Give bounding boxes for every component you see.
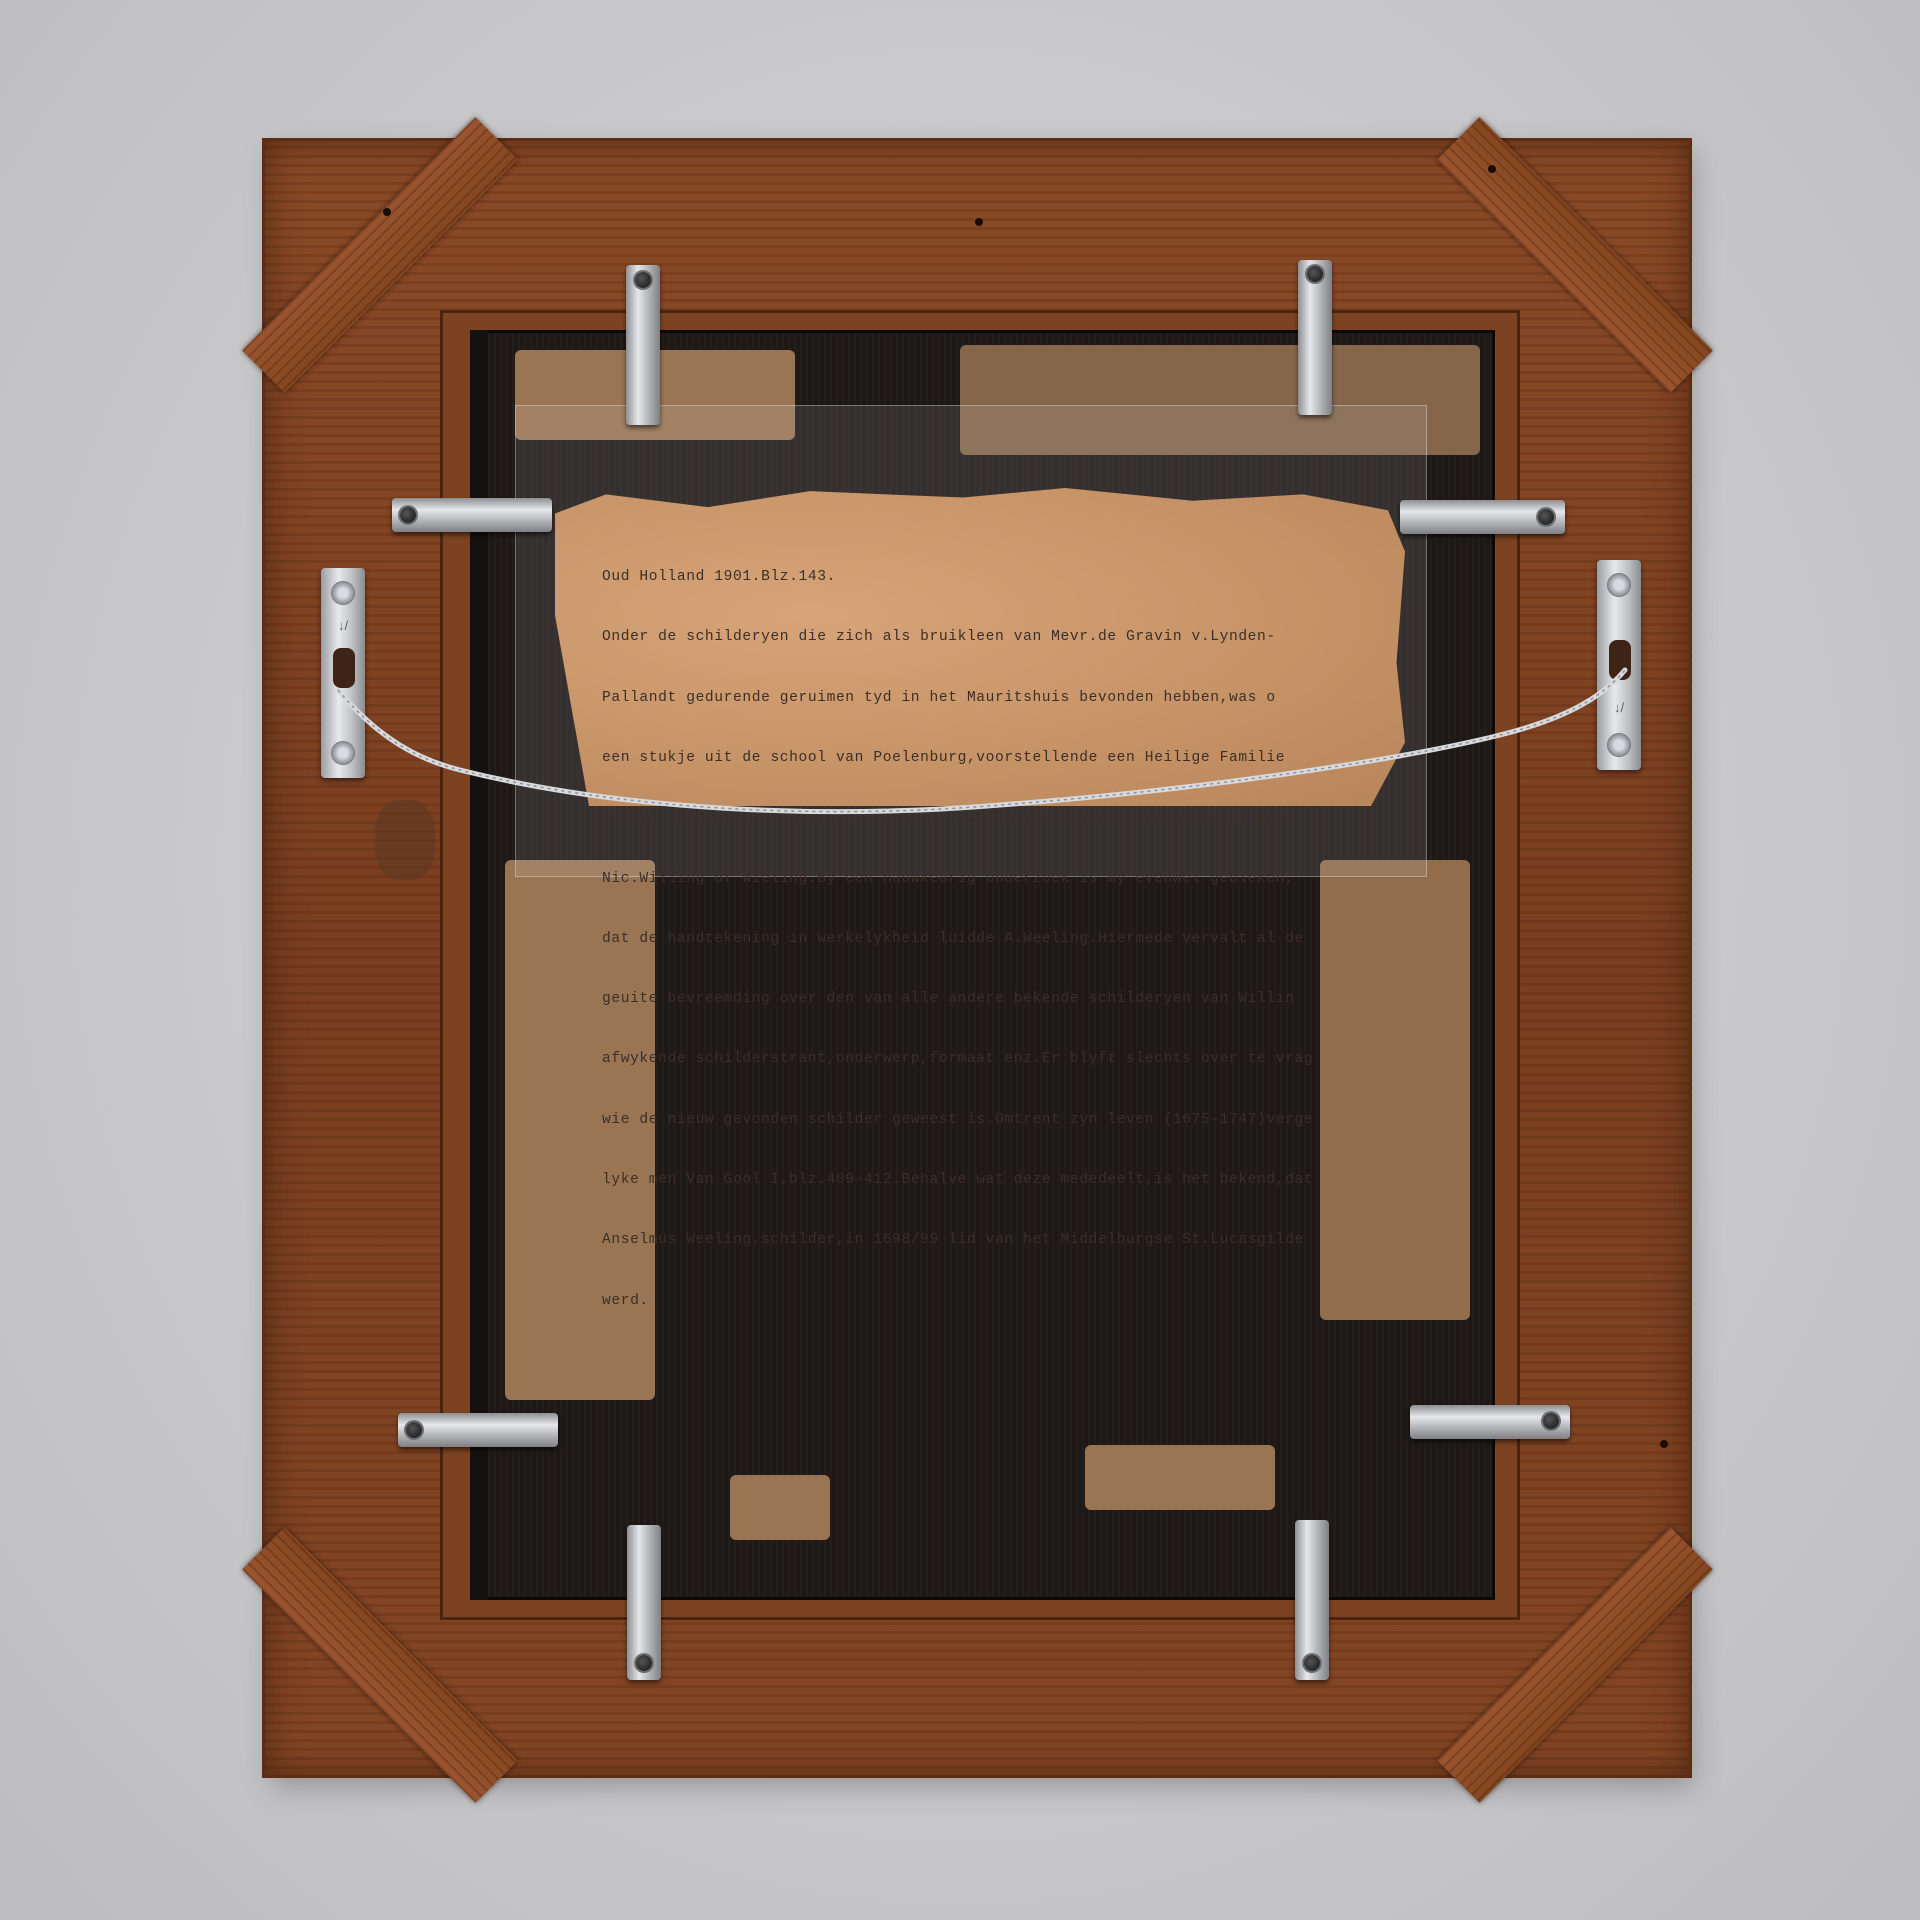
paper-remnant-bottom-center bbox=[1085, 1445, 1275, 1510]
label-line: afwykende schilderstrant,onderwerp,forma… bbox=[602, 1049, 1402, 1069]
label-text-block: Oud Holland 1901.Blz.143. Onder de schil… bbox=[602, 527, 1402, 1331]
d-ring-hanger-left[interactable]: ↓/ bbox=[321, 568, 365, 778]
screw-icon bbox=[406, 1422, 422, 1438]
nail-hole bbox=[975, 218, 983, 226]
label-line: dat de handtekening in werkelykheid luid… bbox=[602, 929, 1402, 949]
retaining-clip-top-left bbox=[626, 265, 660, 425]
label-line: Onder de schilderyen die zich als bruikl… bbox=[602, 627, 1402, 647]
screw-icon bbox=[332, 742, 354, 764]
label-line: geuite bevreemding over den van alle and… bbox=[602, 989, 1402, 1009]
d-ring-slot bbox=[333, 648, 355, 688]
nail-hole bbox=[1660, 1440, 1668, 1448]
label-line: Anselmus Weeling,schilder,in 1698/99 lid… bbox=[602, 1230, 1402, 1250]
screw-icon bbox=[1543, 1413, 1559, 1429]
screw-icon bbox=[635, 272, 651, 288]
water-stain-left bbox=[375, 800, 435, 880]
nail-hole bbox=[1488, 165, 1496, 173]
label-line: Oud Holland 1901.Blz.143. bbox=[602, 567, 1402, 587]
retaining-clip-left-lower bbox=[398, 1413, 558, 1447]
screw-icon bbox=[400, 507, 416, 523]
label-line: in een landschap,hetwelk op grond der ha… bbox=[602, 808, 1402, 828]
d-ring-hanger-right[interactable]: ↓/ bbox=[1597, 560, 1641, 770]
d-ring-slot bbox=[1609, 640, 1631, 680]
label-line: Pallandt gedurende geruimen tyd in het M… bbox=[602, 688, 1402, 708]
screw-icon bbox=[1608, 574, 1630, 596]
paper-remnant-bottom-left bbox=[730, 1475, 830, 1540]
label-line: lyke men Van Gool I,blz.409-412.Behalve … bbox=[602, 1170, 1402, 1190]
screw-icon bbox=[332, 582, 354, 604]
label-line: wie de nieuw gevonden schilder geweest i… bbox=[602, 1110, 1402, 1130]
label-line: een stukje uit de school van Poelenburg,… bbox=[602, 748, 1402, 768]
screw-icon bbox=[636, 1655, 652, 1671]
screw-icon bbox=[1307, 266, 1323, 282]
arrow-icon: ↓/ bbox=[1607, 700, 1631, 715]
screw-icon bbox=[1304, 1655, 1320, 1671]
label-line: werd. bbox=[602, 1291, 1402, 1311]
retaining-clip-top-right bbox=[1298, 260, 1332, 415]
nail-hole bbox=[383, 208, 391, 216]
screw-icon bbox=[1538, 509, 1554, 525]
retaining-clip-left-upper bbox=[392, 498, 552, 532]
arrow-icon: ↓/ bbox=[331, 618, 355, 633]
label-line: Nic.Willing of Wieling.By een nauwkeurig… bbox=[602, 869, 1402, 889]
screw-icon bbox=[1608, 734, 1630, 756]
